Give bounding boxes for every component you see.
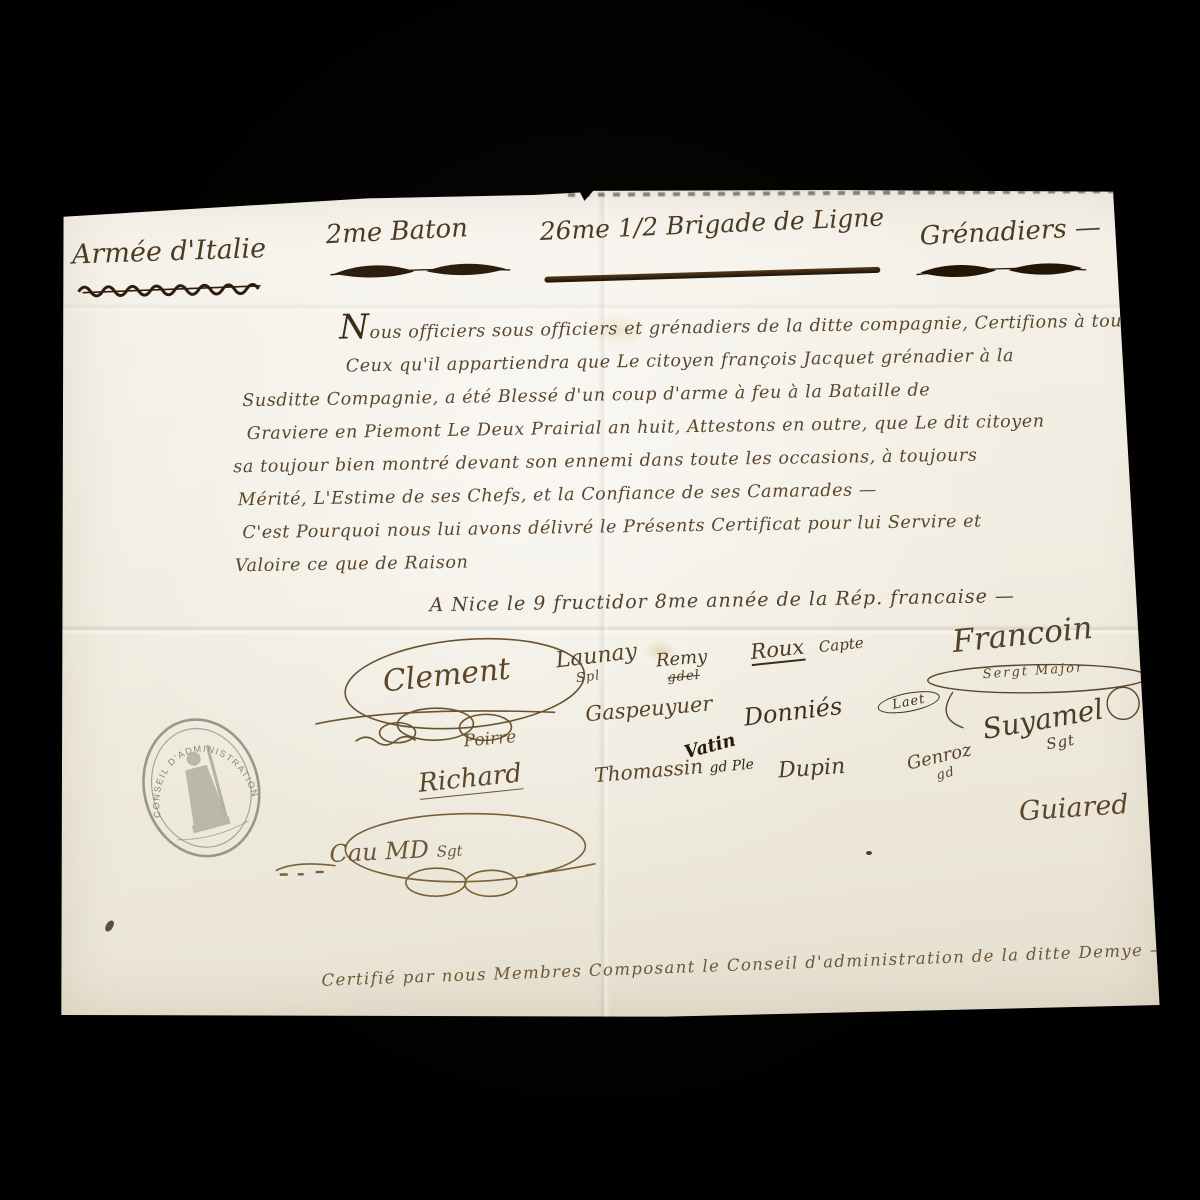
signature-donnies: Donniés Laet — [742, 680, 942, 732]
signature-francoin: Francoin — [951, 610, 1095, 660]
signature-remy-rank: gdel — [667, 667, 710, 685]
signature-remy-name: Remy — [655, 646, 708, 671]
administration-stamp: CONSEIL D'ADMINISTRATION — [121, 700, 281, 875]
signature-cau: Cau MD Sgt — [329, 833, 463, 868]
signature-roux-rank: Capte — [818, 634, 865, 657]
header-brigade: 26me 1/2 Brigade de Ligne — [539, 203, 885, 246]
header-company: Grénadiers — — [919, 213, 1102, 252]
signature-thomassin: Thomassin gd Ple — [593, 750, 754, 788]
stamp-figure — [173, 744, 231, 833]
signature-richard: Richard — [417, 758, 523, 800]
signature-poirre: Poirre — [463, 727, 517, 751]
company-flourish — [916, 258, 1086, 285]
signature-donnies-rank: Laet — [876, 687, 942, 718]
svg-text:CONSEIL D'ADMINISTRATION: CONSEIL D'ADMINISTRATION — [137, 731, 261, 825]
signature-guiared-rank: Cpl — [1167, 793, 1200, 815]
certification-line: Certifié par nous Membres Composant le C… — [321, 940, 1168, 990]
signature-guiared-name: Guiared — [1018, 789, 1130, 827]
signature-roux-name: Roux — [749, 635, 805, 666]
certificate-body: Nous officiers sous officiers et grénadi… — [227, 299, 1132, 619]
signature-francoin-rank: Sergt Major — [982, 660, 1084, 682]
signature-donnies-name: Donniés — [742, 692, 843, 732]
signature-gaspeuyuer: Gaspeuyuer — [584, 691, 713, 726]
signature-dupin: Dupin — [777, 754, 846, 784]
brigade-underline — [544, 267, 880, 283]
signature-clement: Clement — [381, 652, 512, 700]
signature-thomassin-rank: gd Ple — [709, 757, 755, 777]
signature-roux: Roux Capte — [749, 629, 864, 665]
signature-remy: Remy gdel — [655, 646, 709, 686]
header-battalion: 2me Baton — [325, 213, 469, 250]
army-underline-flourish — [76, 277, 266, 300]
document-content: Armée d'Italie 2me Baton 26me 1/2 Brigad… — [57, 177, 1176, 1029]
signature-genroz: Genroz gd — [905, 739, 977, 789]
signature-guiared: Guiared Cpl — [1018, 782, 1200, 827]
signature-cau-name: Cau MD — [329, 835, 430, 868]
signature-cau-rank: Sgt — [436, 841, 463, 860]
signature-thomassin-name: Thomassin — [593, 754, 704, 787]
battalion-flourish — [330, 259, 510, 284]
signature-suyamel: Suyamel Sgt — [980, 693, 1109, 764]
signature-launay: Launay Spl — [554, 639, 640, 689]
photo-background: Armée d'Italie 2me Baton 26me 1/2 Brigad… — [0, 0, 1200, 1200]
header-army-title: Armée d'Italie — [71, 233, 266, 270]
date-place-line: A Nice le 9 fructidor 8me année de la Ré… — [429, 583, 1131, 616]
document-paper: Armée d'Italie 2me Baton 26me 1/2 Brigad… — [58, 185, 1164, 1020]
stamp-text: CONSEIL D'ADMINISTRATION — [137, 731, 261, 825]
